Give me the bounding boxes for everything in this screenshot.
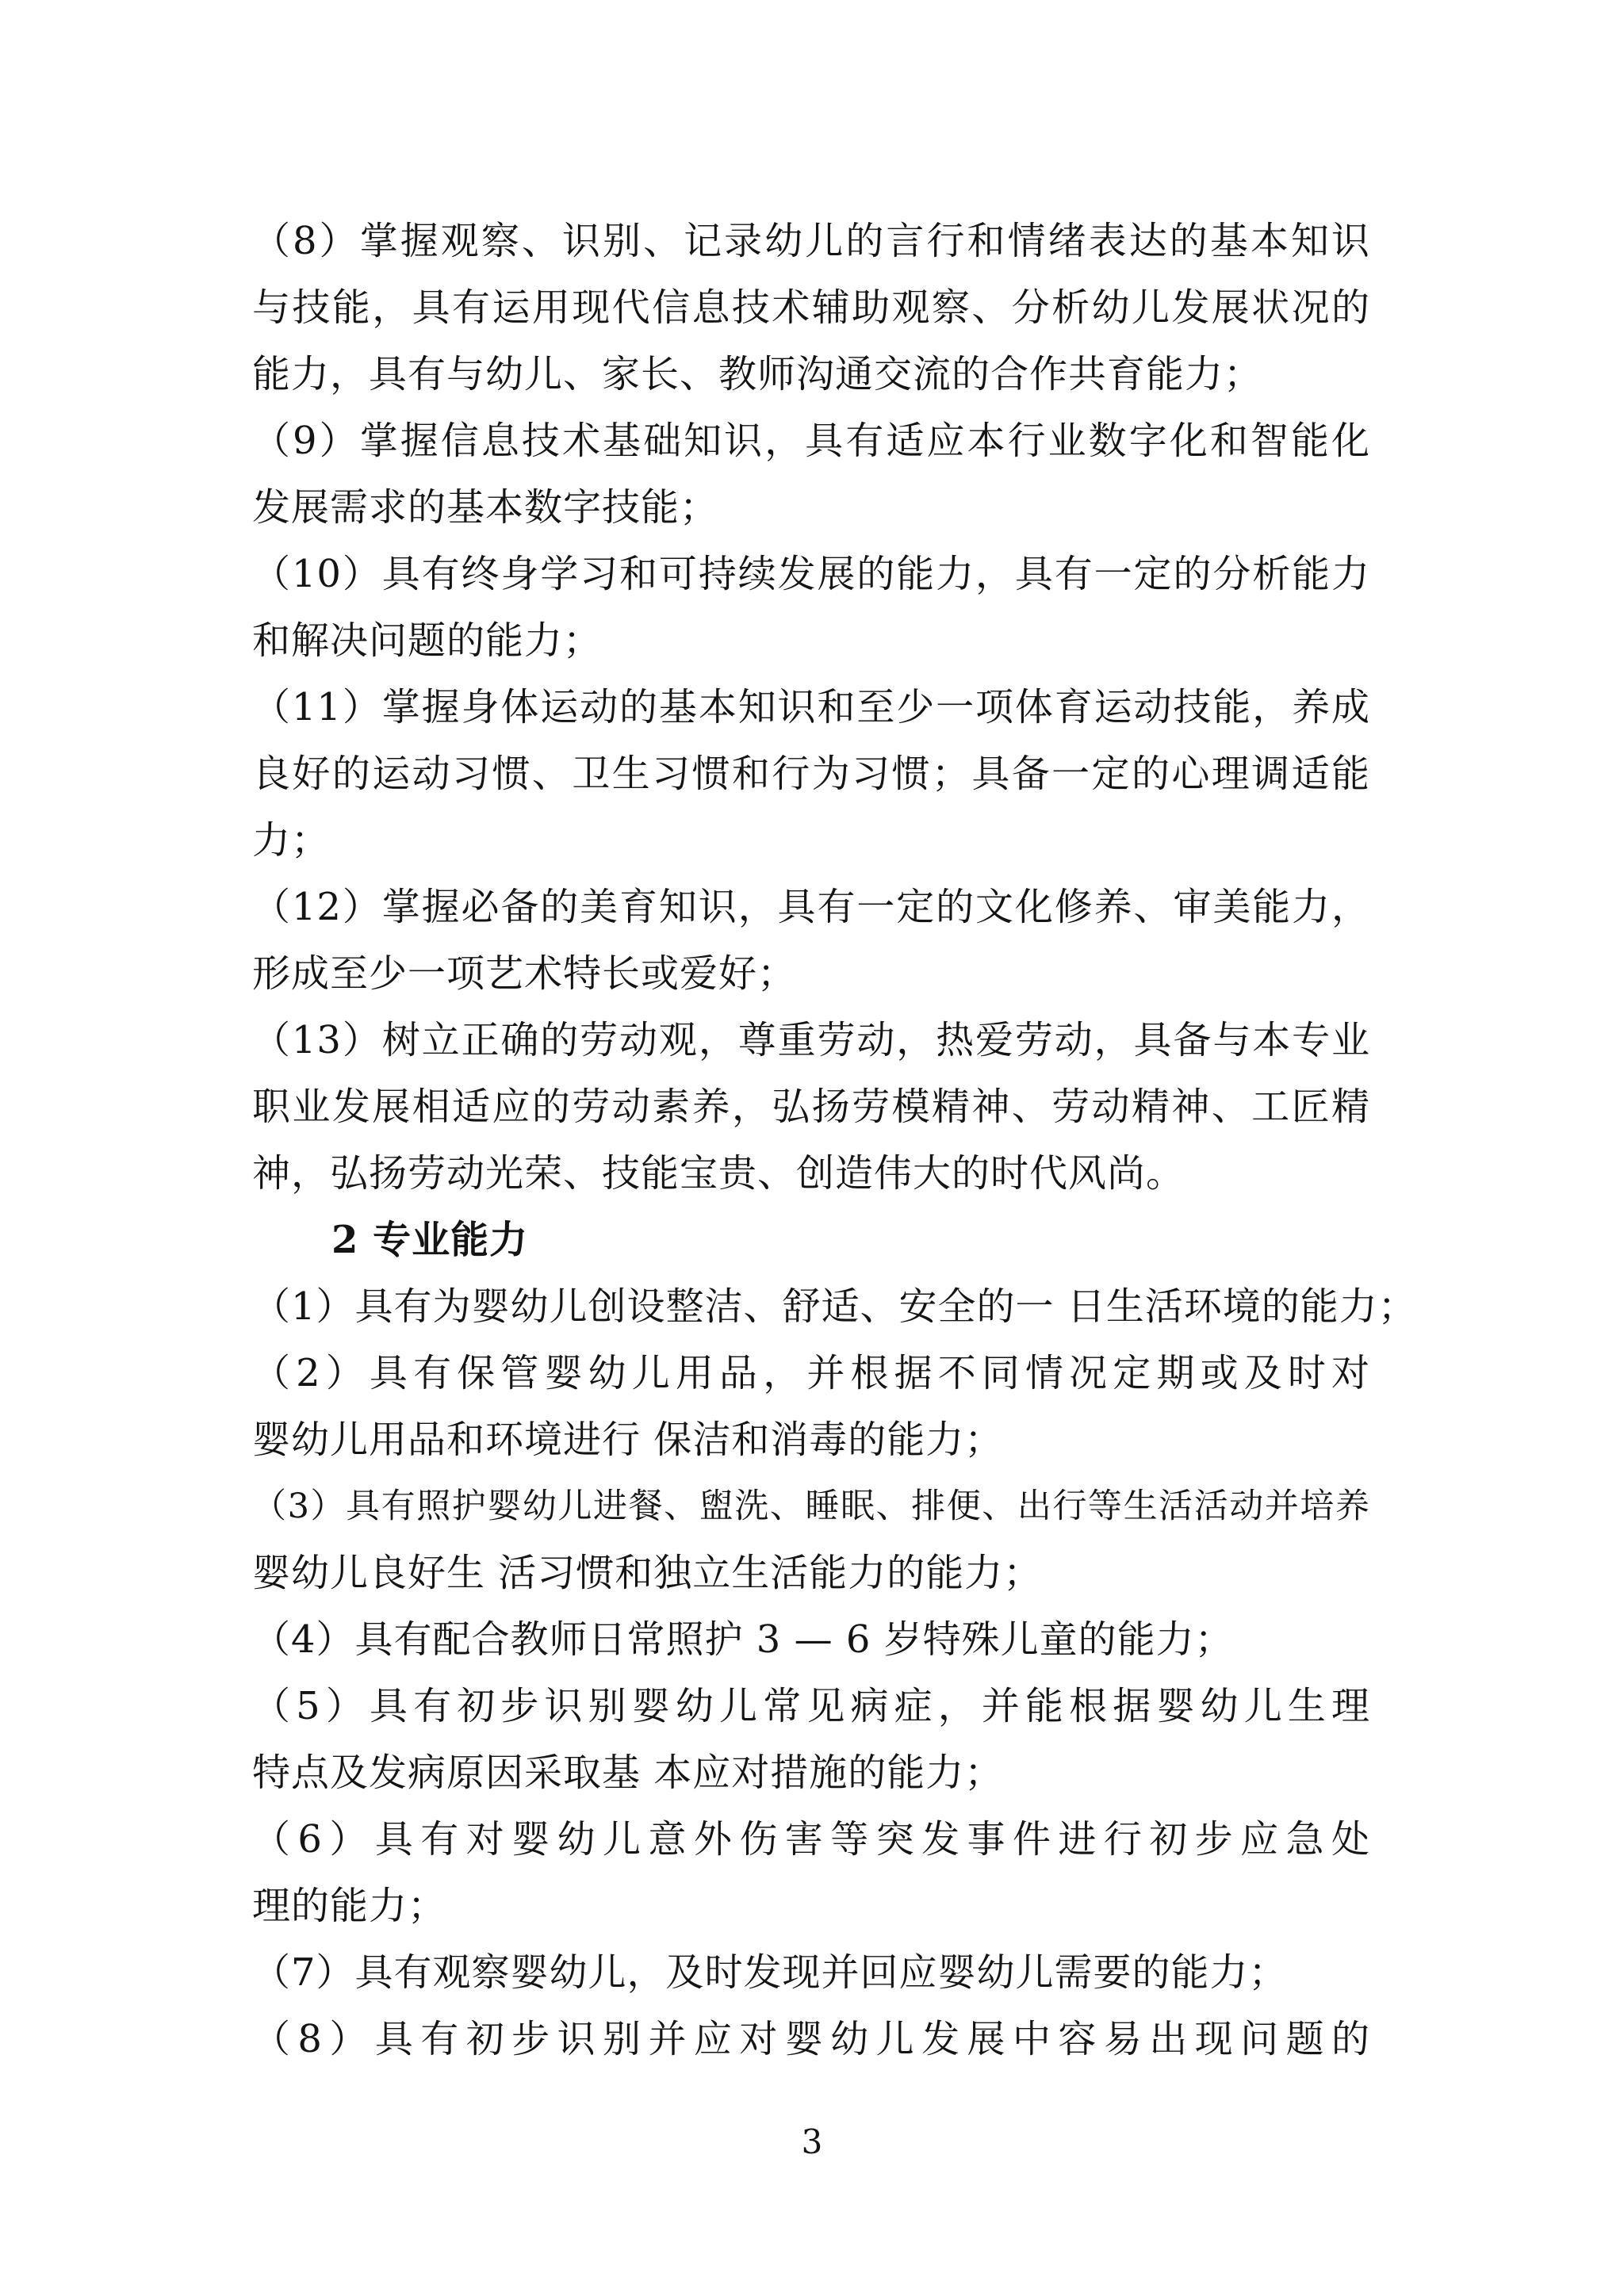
text-line: 婴幼儿用品和环境进行 保洁和消毒的能力；: [252, 1406, 1370, 1473]
text-block: （8）掌握观察、识别、记录幼儿的言行和情绪表达的基本知识与技能，具有运用现代信息…: [252, 208, 1370, 2072]
text-line: （9）掌握信息技术基础知识，具有适应本行业数字化和智能化: [252, 408, 1370, 474]
text-line: 和解决问题的能力；: [252, 607, 1370, 674]
text-line: 与技能，具有运用现代信息技术辅助观察、分析幼儿发展状况的: [252, 274, 1370, 341]
text-line: （6）具有对婴幼儿意外伤害等突发事件进行初步应急处: [252, 1806, 1370, 1873]
page-number: 3: [0, 2118, 1624, 2166]
text-line: （3）具有照护婴幼儿进餐、盥洗、睡眠、排便、出行等生活活动并培养: [252, 1473, 1370, 1540]
text-line: （8）具有初步识别并应对婴幼儿发展中容易出现问题的: [252, 2006, 1370, 2072]
text-line: 发展需求的基本数字技能；: [252, 474, 1370, 541]
text-line: （13）树立正确的劳动观，尊重劳动，热爱劳动，具备与本专业: [252, 1007, 1370, 1073]
document-page: { "page": { "number": "3" }, "content": …: [0, 0, 1624, 2296]
text-line: （11）掌握身体运动的基本知识和至少一项体育运动技能，养成: [252, 674, 1370, 740]
text-line: 职业发展相适应的劳动素养，弘扬劳模精神、劳动精神、工匠精: [252, 1073, 1370, 1140]
text-line: 婴幼儿良好生 活习惯和独立生活能力的能力；: [252, 1540, 1370, 1606]
text-line: （2）具有保管婴幼儿用品，并根据不同情况定期或及时对: [252, 1340, 1370, 1406]
text-line: （12）掌握必备的美育知识，具有一定的文化修养、审美能力，: [252, 874, 1370, 940]
text-line: （10）具有终身学习和可持续发展的能力，具有一定的分析能力: [252, 541, 1370, 607]
text-line: 力；: [252, 807, 1370, 874]
text-line: （5）具有初步识别婴幼儿常见病症，并能根据婴幼儿生理: [252, 1673, 1370, 1739]
text-line: （7）具有观察婴幼儿，及时发现并回应婴幼儿需要的能力；: [252, 1939, 1370, 2006]
text-line: 理的能力；: [252, 1873, 1370, 1939]
text-line: 特点及发病原因采取基 本应对措施的能力；: [252, 1739, 1370, 1806]
text-line: （8）掌握观察、识别、记录幼儿的言行和情绪表达的基本知识: [252, 208, 1370, 274]
section-heading: 2 专业能力: [252, 1207, 1370, 1273]
text-line: 神，弘扬劳动光荣、技能宝贵、创造伟大的时代风尚。: [252, 1140, 1370, 1207]
text-line: （1）具有为婴幼儿创设整洁、舒适、安全的一 日生活环境的能力；: [252, 1273, 1370, 1340]
text-line: （4）具有配合教师日常照护 3 — 6 岁特殊儿童的能力；: [252, 1606, 1370, 1673]
page-sheet: （8）掌握观察、识别、记录幼儿的言行和情绪表达的基本知识与技能，具有运用现代信息…: [0, 0, 1624, 2296]
text-line: 良好的运动习惯、卫生习惯和行为习惯；具备一定的心理调适能: [252, 740, 1370, 807]
text-line: 能力，具有与幼儿、家长、教师沟通交流的合作共育能力；: [252, 341, 1370, 408]
text-line: 形成至少一项艺术特长或爱好；: [252, 940, 1370, 1007]
